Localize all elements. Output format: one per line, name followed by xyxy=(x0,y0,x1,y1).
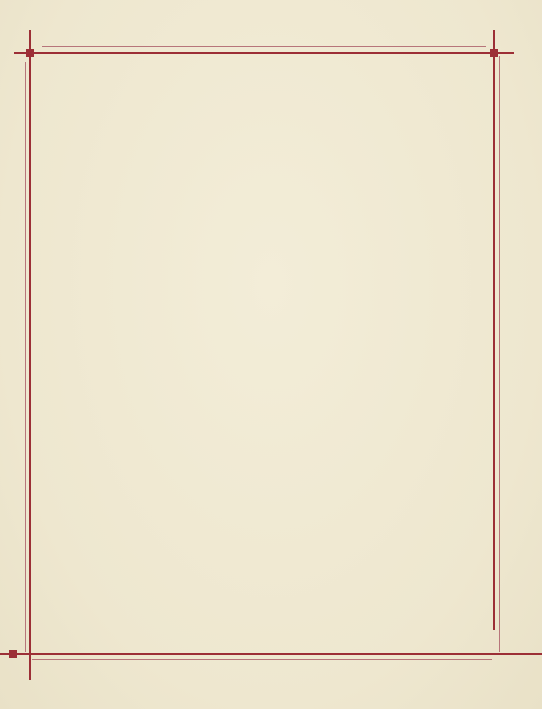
frame-corner-top-left xyxy=(26,49,34,57)
frame-corner-top-right xyxy=(490,49,498,57)
frame-bottom-line xyxy=(0,653,542,655)
frame-right-line xyxy=(493,30,495,630)
frame-top-inner-line xyxy=(42,46,486,47)
frame-corner-bottom-left xyxy=(9,650,17,658)
frame-right-inner-line xyxy=(499,56,500,652)
frame-left-line xyxy=(29,30,31,680)
frame-left-inner-line xyxy=(25,62,26,652)
frame-top-line xyxy=(14,52,514,54)
frame-bottom-inner-line xyxy=(32,659,492,660)
book-page xyxy=(0,0,542,709)
